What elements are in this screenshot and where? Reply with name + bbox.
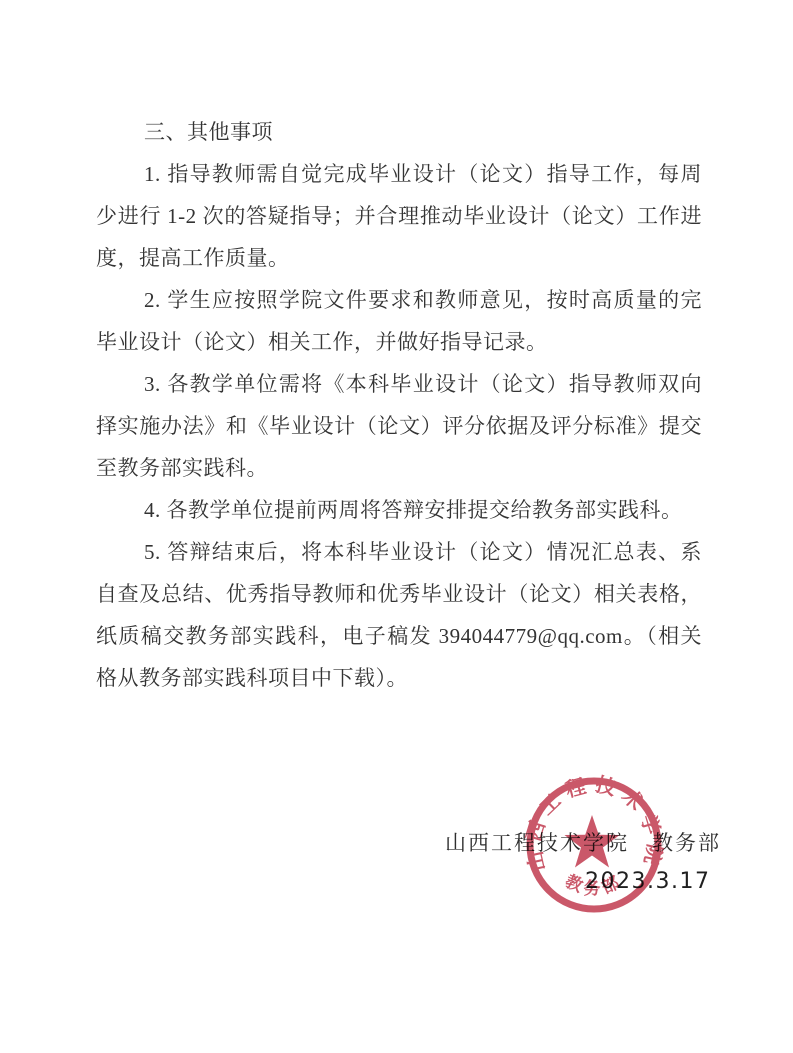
doc-line: 自查及总结、优秀指导教师和优秀毕业设计（论文）相关表格， bbox=[96, 573, 702, 615]
signature-line: 山西工程技术学院 教务部 bbox=[445, 827, 721, 857]
doc-line: 格从教务部实践科项目中下载）。 bbox=[96, 657, 702, 699]
seal-arc-label: 山西工程技术学院 bbox=[522, 772, 667, 874]
doc-line: 1. 指导教师需自觉完成毕业设计（论文）指导工作，每周至 bbox=[96, 153, 702, 195]
doc-line: 至教务部实践科。 bbox=[96, 447, 702, 489]
document-body: 三、其他事项 1. 指导教师需自觉完成毕业设计（论文）指导工作，每周至 少进行 … bbox=[96, 111, 702, 699]
doc-line: 度，提高工作质量。 bbox=[96, 237, 702, 279]
doc-line: 2. 学生应按照学院文件要求和教师意见，按时高质量的完成 bbox=[96, 279, 702, 321]
doc-line: 毕业设计（论文）相关工作，并做好指导记录。 bbox=[96, 321, 702, 363]
section-heading: 三、其他事项 bbox=[96, 111, 702, 153]
date-line: 2023.3.17 bbox=[585, 869, 710, 894]
doc-line: 少进行 1-2 次的答疑指导；并合理推动毕业设计（论文）工作进 bbox=[96, 195, 702, 237]
doc-line: 4. 各教学单位提前两周将答辩安排提交给教务部实践科。 bbox=[96, 489, 702, 531]
doc-line: 3. 各教学单位需将《本科毕业设计（论文）指导教师双向选 bbox=[96, 363, 702, 405]
doc-line: 5. 答辩结束后，将本科毕业设计（论文）情况汇总表、系部 bbox=[96, 531, 702, 573]
doc-line: 纸质稿交教务部实践科，电子稿发 394044779@qq.com。（相关表 bbox=[96, 615, 702, 657]
doc-line: 择实施办法》和《毕业设计（论文）评分依据及评分标准》提交 bbox=[96, 405, 702, 447]
document-page: 三、其他事项 1. 指导教师需自觉完成毕业设计（论文）指导工作，每周至 少进行 … bbox=[0, 0, 793, 1053]
